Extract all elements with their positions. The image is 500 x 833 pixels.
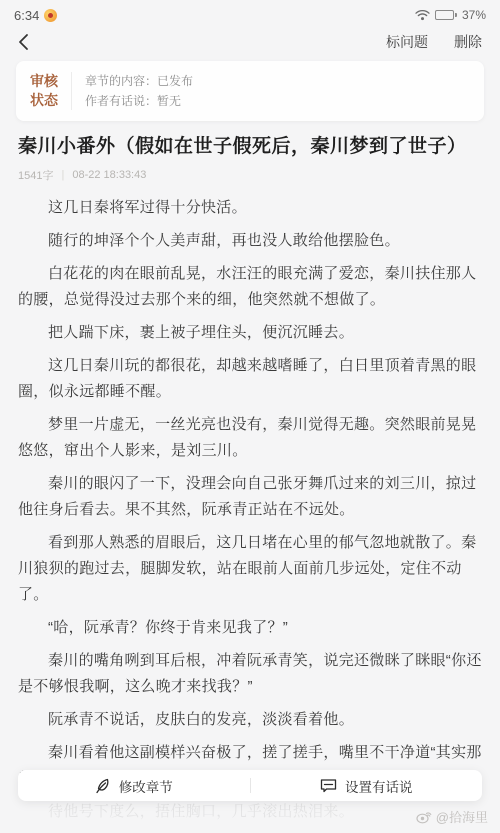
chapter-article: 秦川小番外（假如在世子假死后，秦川梦到了世子） 1541字 | 08-22 18… [0,133,500,825]
story-paragraph: 秦川的嘴角咧到耳后根，冲着阮承青笑，说完还微眯了眯眼“你还是不够恨我啊，这么晚才… [18,648,482,700]
clock-time: 6:34 [14,8,39,23]
back-button[interactable] [18,33,29,51]
notice-divider [71,72,72,110]
story-paragraph: 阮承青不说话，皮肤白的发亮，淡淡看着他。 [18,707,482,733]
word-count: 1541字 [18,167,53,183]
battery-icon [435,10,457,20]
nav-bar: 标问题 删除 [0,26,500,58]
battery-percent: 37% [462,8,486,22]
quill-pen-icon [95,778,111,794]
chapter-title: 秦川小番外（假如在世子假死后，秦川梦到了世子） [18,133,482,160]
edit-chapter-button[interactable]: 修改章节 [18,770,250,801]
set-author-note-label: 设置有话说 [345,776,413,796]
set-author-note-button[interactable]: 设置有话说 [251,770,483,801]
story-paragraph: 秦川的眼闪了一下，没理会向自己张牙舞爪过来的刘三川，掠过他往身后看去。果不其然，… [18,471,482,523]
chapter-body: 这几日秦将军过得十分快活。随行的坤泽个个人美声甜，再也没人敢给他摆脸色。白花花的… [18,195,482,825]
story-paragraph: 白花花的肉在眼前乱晃，水汪汪的眼充满了爱恋，秦川扶住那人的腰，总觉得没过去那个来… [18,261,482,313]
chevron-left-icon [18,33,29,51]
watermark: @拾海里 [416,807,488,826]
weibo-eye-icon [416,810,432,824]
chapter-content-value: 已发布 [157,74,193,88]
story-paragraph: 随行的坤泽个个人美声甜，再也没人敢给他摆脸色。 [18,228,482,254]
review-status-card: 审核 状态 章节的内容：已发布 作者有话说：暂无 [16,61,484,121]
mark-issue-button[interactable]: 标问题 [386,32,428,52]
chapter-content-status-row: 章节的内容：已发布 [85,71,193,91]
speech-bubble-icon [320,778,337,794]
story-paragraph: 这几日秦川玩的都很花，却越来越嗜睡了，白日里顶着青黑的眼圈，似永远都睡不醒。 [18,353,482,405]
story-paragraph: 待他号下度么，捂住胸口，几乎滚出热泪来。 [18,799,482,825]
chapter-meta: 1541字 | 08-22 18:33:43 [18,167,482,183]
author-note-label: 作者有话说： [85,94,157,108]
status-bar: 6:34 37% [0,0,500,26]
story-paragraph: 把人踹下床，裹上被子埋住头，便沉沉睡去。 [18,320,482,346]
story-paragraph: 这几日秦将军过得十分快活。 [18,195,482,221]
meta-separator: | [61,169,64,181]
delete-button[interactable]: 删除 [454,32,482,52]
story-paragraph: 梦里一片虚无，一丝光亮也没有，秦川觉得无趣。突然眼前晃晃悠悠，窜出个人影来，是刘… [18,412,482,464]
publish-timestamp: 08-22 18:33:43 [72,169,146,181]
review-status-label: 审核 状态 [30,72,58,110]
edit-chapter-label: 修改章节 [119,776,173,796]
story-paragraph: “哈，阮承青？你终于肯来见我了？” [18,615,482,641]
bottom-action-bar: 修改章节 设置有话说 [18,770,482,801]
author-note-status-row: 作者有话说：暂无 [85,91,193,111]
watermark-text: @拾海里 [436,807,488,826]
author-note-value: 暂无 [157,94,181,108]
chapter-content-label: 章节的内容： [85,74,157,88]
notification-emoji-icon [44,9,57,22]
wifi-icon [415,9,430,21]
story-paragraph: 看到那人熟悉的眉眼后，这几日堵在心里的郁气忽地就散了。秦川狼狈的跑过去，腿脚发软… [18,530,482,608]
